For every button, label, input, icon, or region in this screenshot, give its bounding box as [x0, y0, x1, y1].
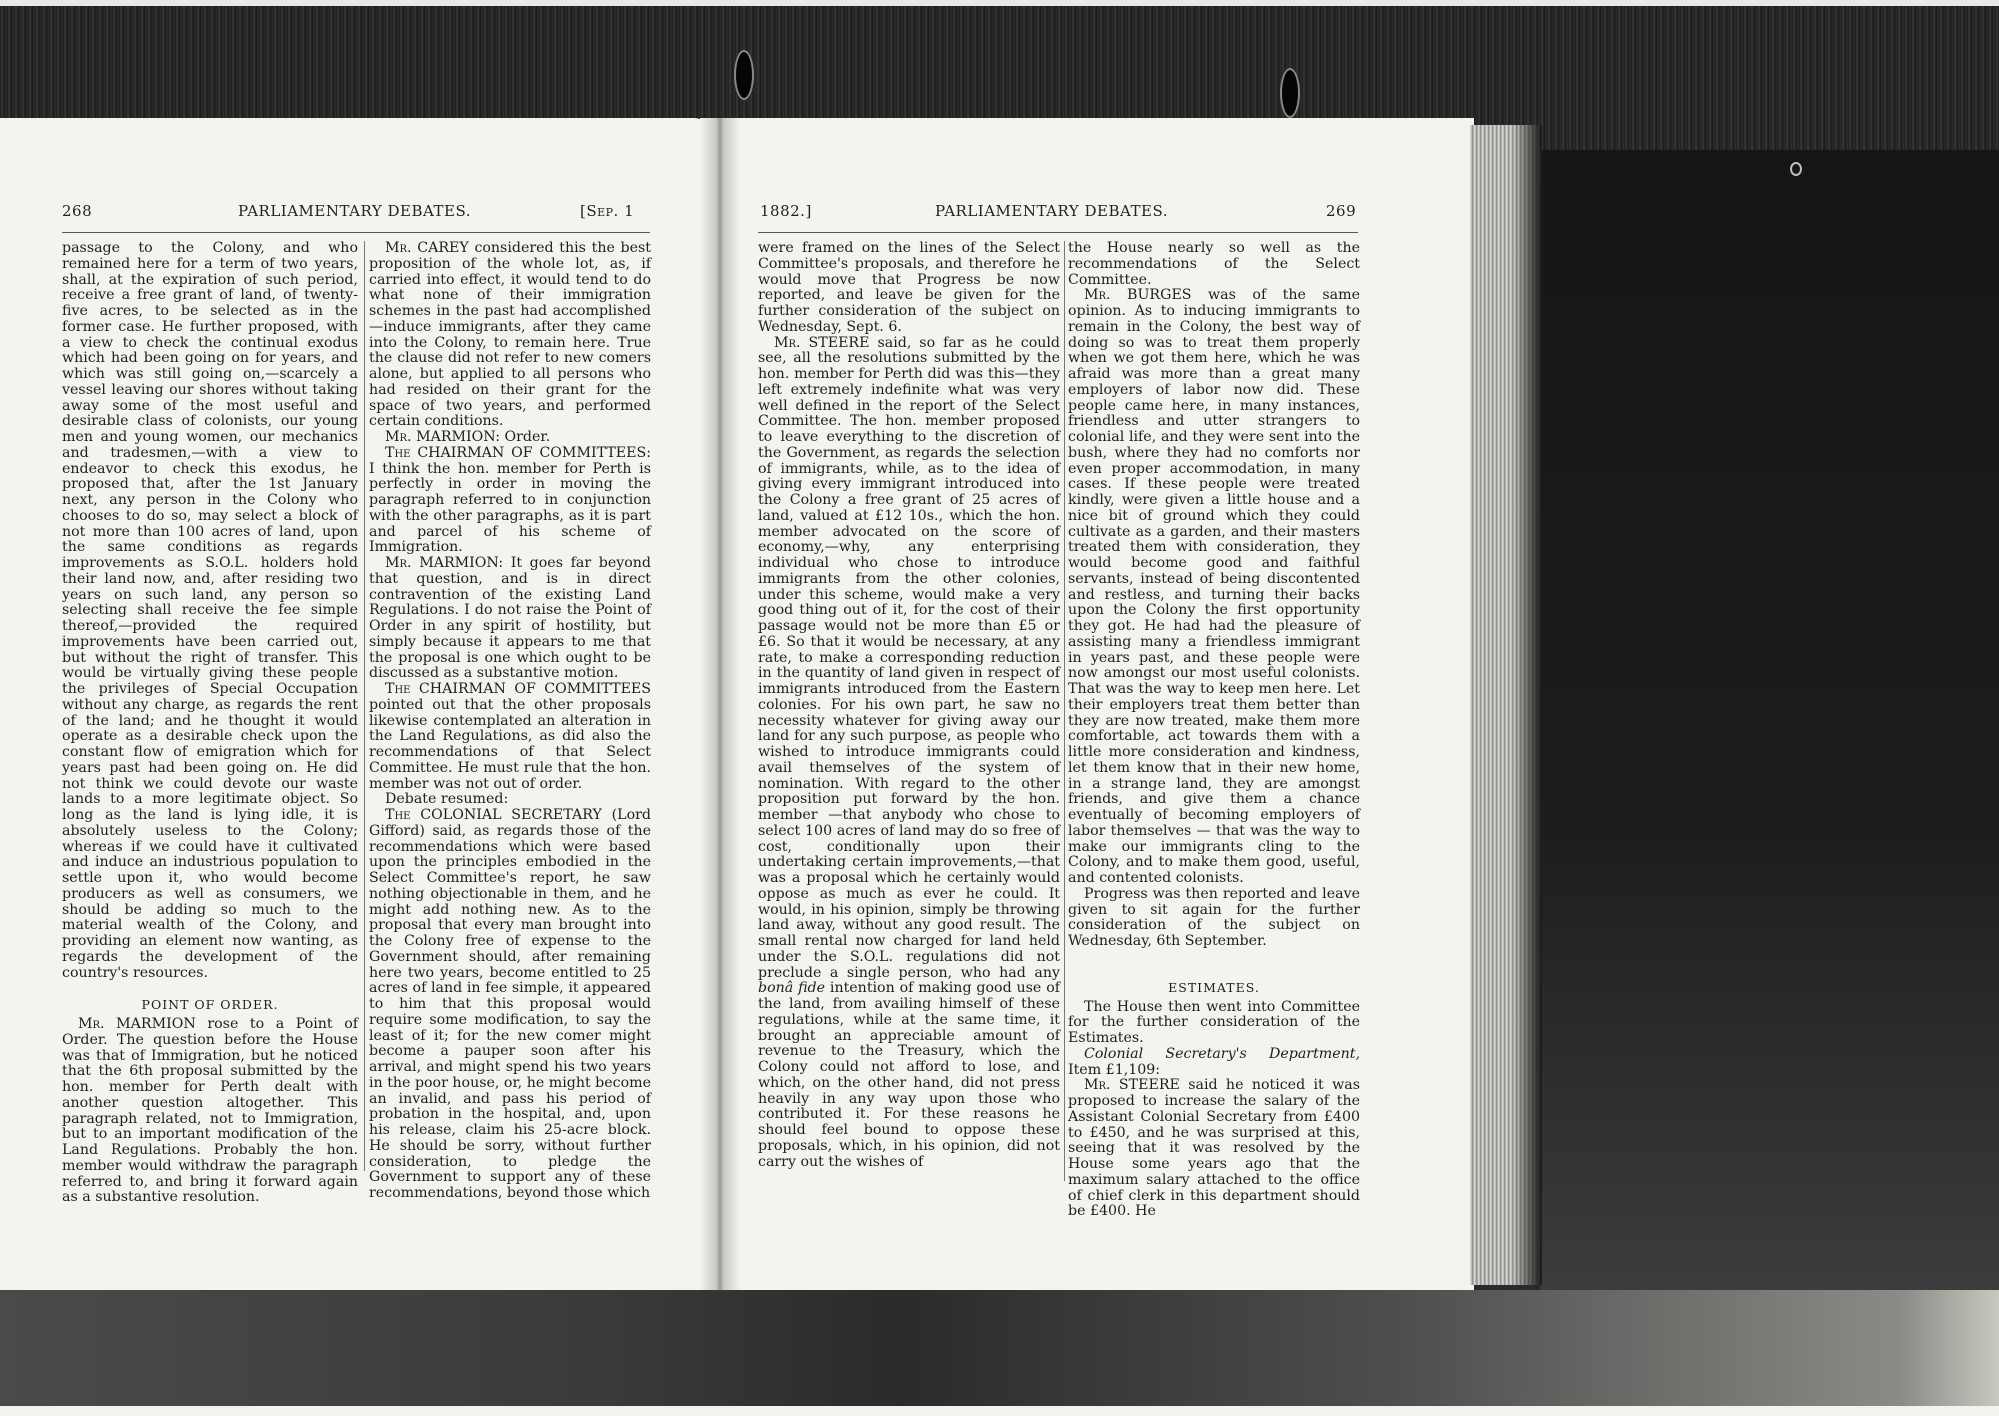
left-column-1: passage to the Colony, and who remained … — [62, 241, 358, 1206]
dust-speck — [1790, 162, 1802, 176]
left-header-rule — [62, 232, 650, 233]
paragraph: The CHAIRMAN OF COMMITTEES: I think the … — [369, 446, 651, 556]
punch-hole-right — [1280, 68, 1300, 118]
speaker-name: Mr. MARMION: — [385, 555, 503, 571]
speaker-name: Mr. BURGES — [1084, 287, 1192, 303]
column-rule — [364, 241, 365, 1171]
speaker-name: The COLONIAL SECRETARY — [385, 807, 602, 823]
paragraph: The CHAIRMAN OF COMMITTEES pointed out t… — [369, 682, 651, 792]
speaker-name: The CHAIRMAN OF COMMITTEES — [385, 681, 651, 697]
paragraph: passage to the Colony, and who remained … — [62, 241, 358, 981]
paragraph: The COLONIAL SECRETARY (Lord Gifford) sa… — [369, 808, 651, 1202]
paragraph: Mr. CAREY considered this the best propo… — [369, 241, 651, 430]
paragraph: Mr. MARMION rose to a Point of Order. Th… — [62, 1017, 358, 1206]
right-page-number: 269 — [1326, 202, 1356, 220]
paragraph: Progress was then reported and leave giv… — [1068, 887, 1360, 950]
section-heading-point-of-order: POINT OF ORDER. — [62, 997, 358, 1013]
right-column-2: the House nearly so well as the recommen… — [1068, 241, 1360, 1220]
column-rule — [1064, 241, 1065, 1181]
speaker-name: Mr. MARMION: — [385, 429, 500, 445]
speaker-name: Mr. STEERE — [1084, 1077, 1180, 1093]
paragraph: were framed on the lines of the Select C… — [758, 241, 1060, 336]
paragraph: Debate resumed: — [369, 792, 651, 808]
paragraph: Colonial Secretary's Department, Item £1… — [1068, 1047, 1360, 1079]
book-gutter — [700, 118, 740, 1290]
speaker-name: Mr. MARMION — [78, 1016, 196, 1032]
speaker-name: Mr. STEERE — [774, 335, 869, 351]
left-column-2: Mr. CAREY considered this the best propo… — [369, 241, 651, 1202]
paragraph: Mr. STEERE said he noticed it was propos… — [1068, 1078, 1360, 1220]
section-heading-estimates: ESTIMATES. — [1068, 980, 1360, 996]
left-page-number: 268 — [62, 202, 92, 220]
paragraph: The House then went into Committee for t… — [1068, 1000, 1360, 1047]
italic-phrase: Colonial Secretary's Department, — [1084, 1046, 1360, 1062]
dark-background-bottom — [0, 1290, 1999, 1416]
left-running-title: PARLIAMENTARY DEBATES. — [238, 202, 471, 220]
punch-hole-left — [734, 50, 754, 100]
dark-background-right — [1540, 150, 1999, 1290]
speaker-name: Mr. CAREY — [385, 240, 469, 256]
paragraph: Mr. BURGES was of the same opinion. As t… — [1068, 288, 1360, 887]
italic-phrase: bonâ fide — [758, 980, 825, 996]
paragraph: the House nearly so well as the recommen… — [1068, 241, 1360, 288]
paragraph: Mr. MARMION: It goes far beyond that que… — [369, 556, 651, 682]
paragraph: Mr. STEERE said, so far as he could see,… — [758, 336, 1060, 1171]
right-date-mark: 1882.] — [760, 202, 812, 220]
paragraph: Mr. MARMION: Order. — [369, 430, 651, 446]
page-fore-edge — [1470, 125, 1542, 1285]
right-running-title: PARLIAMENTARY DEBATES. — [935, 202, 1168, 220]
left-date-mark: [Sep. 1 — [580, 202, 634, 220]
speaker-name: The CHAIRMAN OF COMMITTEES: — [385, 445, 651, 461]
right-column-1: were framed on the lines of the Select C… — [758, 241, 1060, 1170]
right-header-rule — [758, 232, 1358, 233]
